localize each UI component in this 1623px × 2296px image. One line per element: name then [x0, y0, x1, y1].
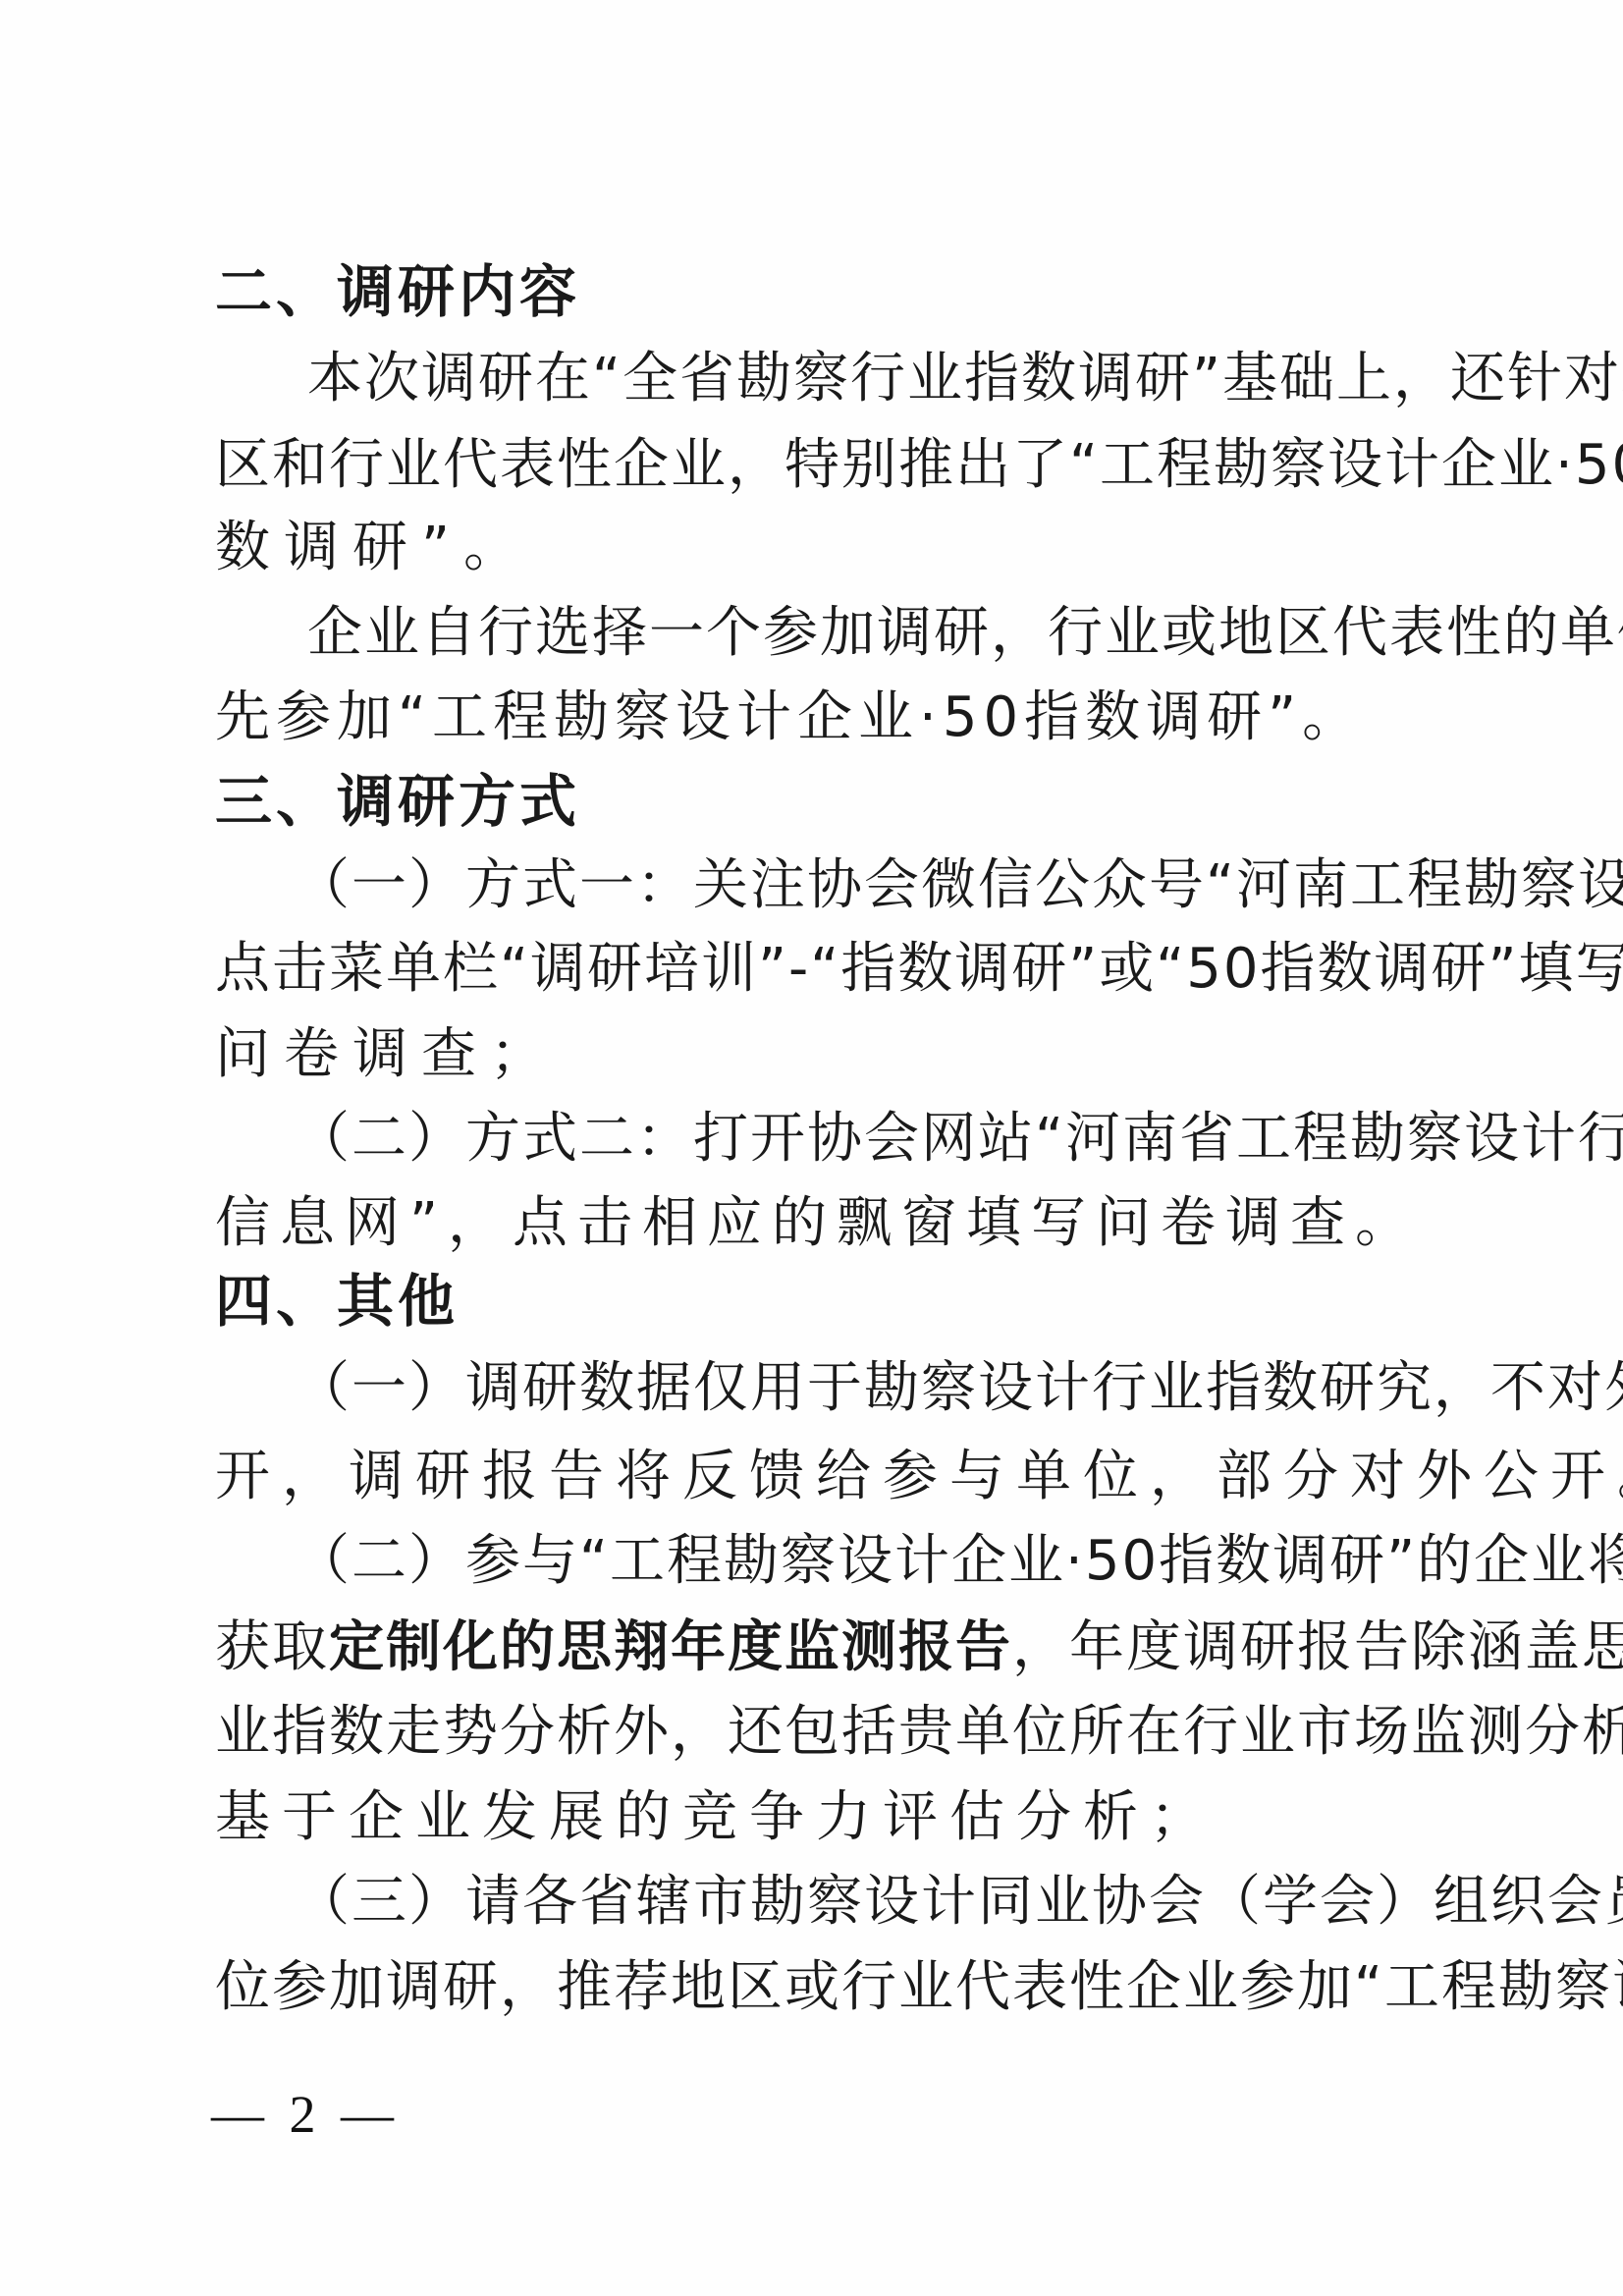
- section-heading-research-content: 二、调研内容: [215, 257, 1404, 326]
- paragraph-line: 数调研”。: [215, 514, 1404, 582]
- section-heading-research-method: 三、调研方式: [215, 767, 1404, 836]
- paragraph-line: 信息网”，点击相应的飘窗填写问卷调查。: [215, 1189, 1404, 1258]
- paragraph-line: （二）方式二：打开协会网站“河南省工程勘察设计行业: [295, 1105, 1404, 1174]
- paragraph-line-with-emphasis: 获取定制化的思翔年度监测报告，年度调研报告除涵盖思翔行: [215, 1613, 1404, 1682]
- paragraph-line: 先参加“工程勘察设计企业·50指数调研”。: [215, 683, 1404, 752]
- paragraph-line: 本次调研在“全省勘察行业指数调研”基础上，还针对地: [307, 345, 1404, 413]
- paragraph-line: （一）调研数据仅用于勘察设计行业指数研究，不对外公: [295, 1354, 1404, 1423]
- paragraph-line: 位参加调研，推荐地区或行业代表性企业参加“工程勘察设计: [215, 1953, 1404, 2022]
- paragraph-line: 点击菜单栏“调研培训”-“指数调研”或“50指数调研”填写: [215, 935, 1404, 1004]
- paragraph-line: 基于企业发展的竞争力评估分析；: [215, 1783, 1404, 1852]
- paragraph-line: 开，调研报告将反馈给参与单位，部分对外公开。: [215, 1443, 1404, 1511]
- paragraph-line: 问卷调查；: [215, 1020, 1404, 1089]
- document-page: 二、调研内容 本次调研在“全省勘察行业指数调研”基础上，还针对地 区和行业代表性…: [0, 0, 1623, 2296]
- emphasis-custom-report: 定制化的思翔年度监测报告: [329, 1615, 1012, 1679]
- paragraph-line: 企业自行选择一个参加调研，行业或地区代表性的单位优: [307, 599, 1404, 668]
- paragraph-line: 业指数走势分析外，还包括贵单位所在行业市场监测分析以及: [215, 1698, 1404, 1767]
- text-suffix: ，年度调研报告除涵盖思翔行: [1012, 1615, 1623, 1679]
- text-prefix: 获取: [215, 1615, 329, 1679]
- paragraph-line: 区和行业代表性企业，特别推出了“工程勘察设计企业·50指: [215, 431, 1404, 500]
- section-heading-other: 四、其他: [215, 1267, 1404, 1336]
- paragraph-line: （三）请各省辖市勘察设计同业协会（学会）组织会员单: [295, 1868, 1404, 1937]
- paragraph-line: （二）参与“工程勘察设计企业·50指数调研”的企业将: [295, 1527, 1404, 1596]
- page-number: — 2 —: [211, 2084, 400, 2145]
- paragraph-line: （一）方式一：关注协会微信公众号“河南工程勘察设计”，: [295, 851, 1414, 920]
